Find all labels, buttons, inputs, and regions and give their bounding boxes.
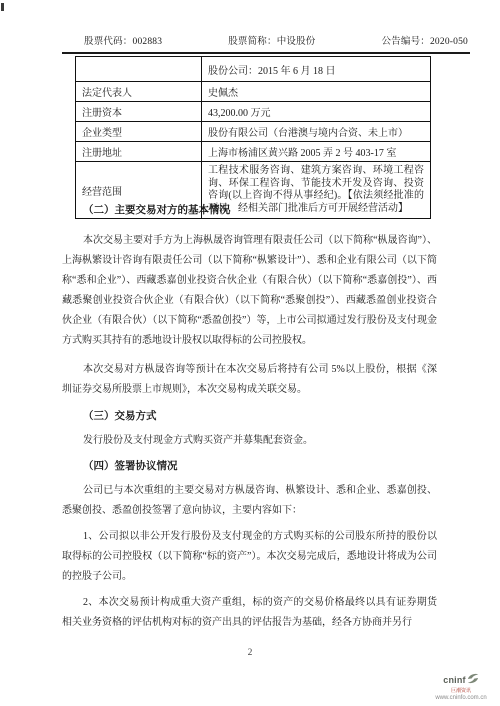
row-value: 上海市杨浦区黄兴路 2005 弄 2 号 403-17 室 bbox=[202, 142, 431, 162]
page-number: 2 bbox=[0, 648, 500, 658]
row-value: 股份有限公司（台港澳与境内合资、未上市） bbox=[202, 122, 431, 142]
table-row: 股份公司：2015 年 6 月 18 日 bbox=[76, 57, 431, 82]
announcement-document-page: 股票代码：002883 股票简称：中设股份 公告编号：2020-050 股份公司… bbox=[0, 0, 500, 706]
row-value: 史佩杰 bbox=[202, 82, 431, 102]
paragraph: 公司已与本次重组的主要交易对方枞晟咨询、枞繁设计、悉和企业、悉嘉创投、悉聚创投、… bbox=[62, 481, 437, 521]
document-header: 股票代码：002883 股票简称：中设股份 公告编号：2020-050 bbox=[62, 33, 470, 54]
section-heading-4: （四）签署协议情况 bbox=[62, 459, 437, 475]
cninfo-brand-text: cninf bbox=[443, 676, 466, 685]
company-info-table: 股份公司：2015 年 6 月 18 日 法定代表人 史佩杰 注册资本 43,2… bbox=[75, 56, 431, 219]
cninfo-logo: cninf 巨潮资讯 www.cninfo.com.cn bbox=[430, 672, 492, 701]
row-value: 股份公司：2015 年 6 月 18 日 bbox=[202, 57, 431, 82]
section-heading-3: （三）交易方式 bbox=[62, 409, 437, 425]
list-item-paragraph: 2、本次交易预计构成重大资产重组，标的资产的交易价格最终以具有证券期货相关业务资… bbox=[62, 593, 437, 633]
announcement-number-label: 公告编号：2020-050 bbox=[381, 33, 468, 47]
paragraph: 发行股份及支付现金方式购买资产并募集配套资金。 bbox=[62, 431, 437, 451]
table-row: 法定代表人 史佩杰 bbox=[76, 82, 431, 102]
row-label bbox=[76, 57, 202, 82]
row-label: 注册地址 bbox=[76, 142, 202, 162]
table-row: 企业类型 股份有限公司（台港澳与境内合资、未上市） bbox=[76, 122, 431, 142]
table-row: 注册资本 43,200.00 万元 bbox=[76, 102, 431, 122]
row-label: 注册资本 bbox=[76, 102, 202, 122]
section-heading-2: （二）主要交易对方的基本情况 bbox=[62, 203, 437, 219]
row-label: 法定代表人 bbox=[76, 82, 202, 102]
scan-artifact bbox=[1, 3, 4, 11]
paragraph: 本次交易对方枞晟咨询等预计在本次交易后将持有公司 5%以上股份，根据《深圳证券交… bbox=[62, 360, 437, 400]
paragraph: 本次交易主要对手方为上海枞晟咨询管理有限责任公司（以下简称“枞晟咨询”）、上海枞… bbox=[62, 231, 437, 351]
table-row: 注册地址 上海市杨浦区黄兴路 2005 弄 2 号 403-17 室 bbox=[76, 142, 431, 162]
document-body: （二）主要交易对方的基本情况 本次交易主要对手方为上海枞晟咨询管理有限责任公司（… bbox=[62, 203, 437, 633]
stock-name-label: 股票简称：中设股份 bbox=[228, 33, 315, 47]
row-label: 企业类型 bbox=[76, 122, 202, 142]
row-value: 43,200.00 万元 bbox=[202, 102, 431, 122]
cninfo-brand-row: cninf bbox=[430, 672, 492, 688]
cninfo-swirl-icon bbox=[467, 672, 479, 688]
cninfo-url: www.cninfo.com.cn bbox=[430, 695, 492, 701]
stock-code-label: 股票代码：002883 bbox=[84, 33, 162, 47]
list-item-paragraph: 1、公司拟以非公开发行股份及支付现金的方式购买标的公司股东所持的股份以取得标的公… bbox=[62, 527, 437, 587]
cninfo-caption: 巨潮资讯 bbox=[430, 689, 492, 694]
